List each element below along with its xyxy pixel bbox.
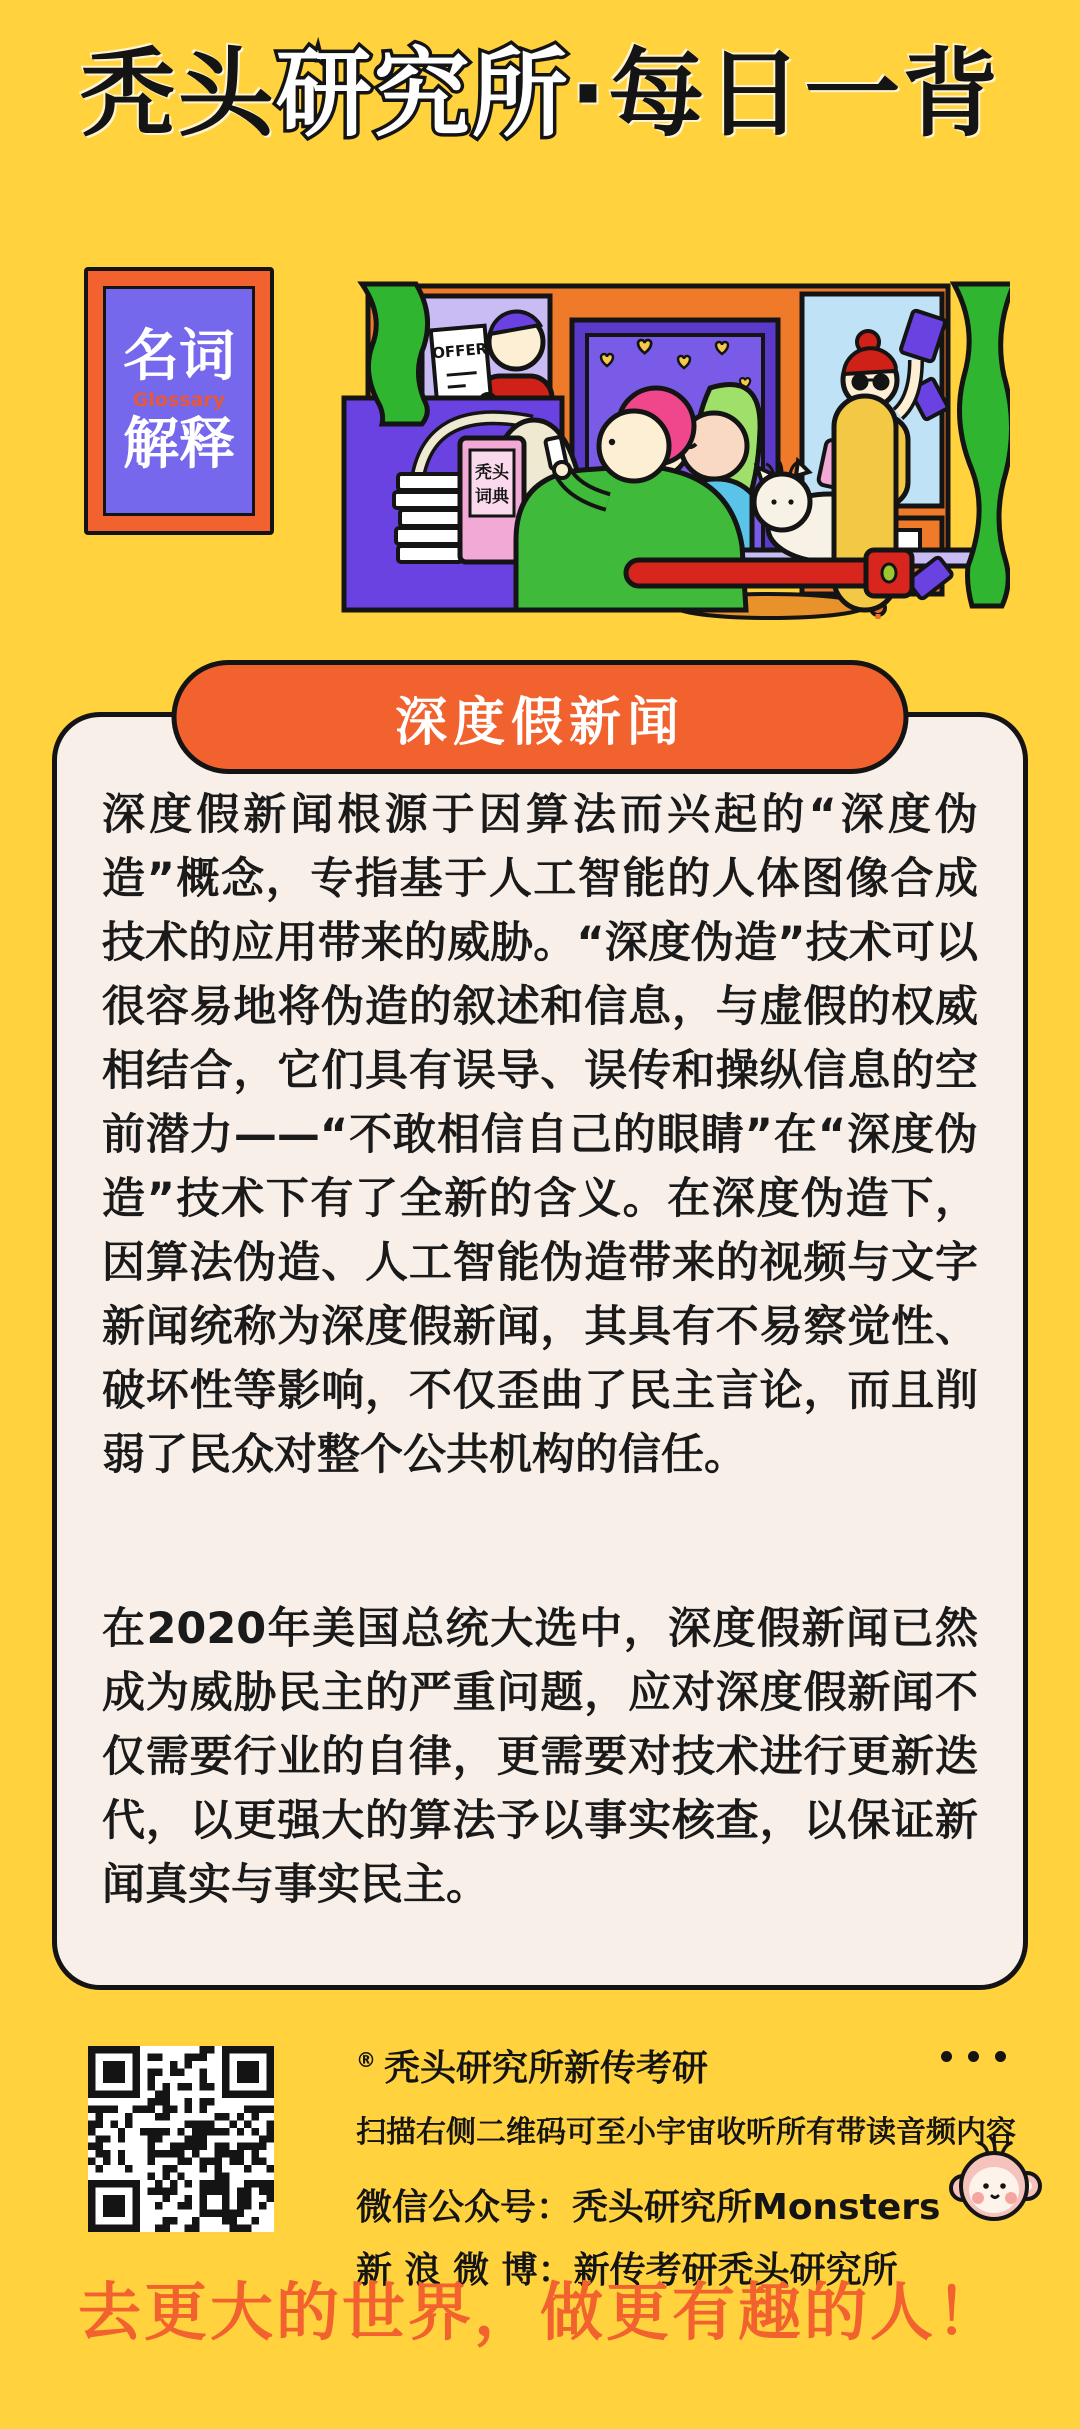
glossary-line1: 名词 xyxy=(123,326,235,389)
definition-paragraph-1: 深度假新闻根源于因算法而兴起的“深度伪造”概念，专指基于人工智能的人体图像合成技… xyxy=(102,783,978,1487)
title-separator: · xyxy=(570,38,608,150)
registered-mark: ® xyxy=(356,2048,376,2072)
dot-icon xyxy=(995,2051,1006,2062)
poster: 秃头研究所·每日一背 名词 Glossary 解释 OFFER xyxy=(0,0,1080,2429)
card-header-pill: 深度假新闻 xyxy=(172,660,909,774)
qr-code xyxy=(88,2046,274,2232)
book-stack xyxy=(394,474,462,562)
wechat-account-line: 微信公众号：秃头研究所Monsters xyxy=(356,2179,1036,2230)
glossary-line2: 解释 xyxy=(123,414,235,477)
belt xyxy=(626,560,892,586)
card-title: 深度假新闻 xyxy=(395,680,685,755)
book-label-line2: 词典 xyxy=(475,486,510,507)
ellipsis-dots xyxy=(941,2051,1006,2062)
glossary-subtitle: Glossary xyxy=(133,391,225,410)
brand-name: 秃头研究所新传考研 xyxy=(384,2048,708,2089)
glossary-sign: 名词 Glossary 解释 xyxy=(84,267,274,535)
slogan: 去更大的世界，做更有趣的人！ xyxy=(0,2262,1080,2353)
dot-icon xyxy=(941,2051,952,2062)
title-part-right: 每日一背 xyxy=(608,38,1000,150)
dot-icon xyxy=(968,2051,979,2062)
brand-line: ®秃头研究所新传考研 xyxy=(356,2040,1036,2091)
scan-instruction: 扫描右侧二维码可至小宇宙收听所有带读音频内容 xyxy=(356,2107,1036,2151)
book-label-line1: 秃头 xyxy=(475,462,510,483)
glossary-sign-panel: 名词 Glossary 解释 xyxy=(103,286,255,516)
title-part-left: 秃头 xyxy=(80,38,276,150)
footer-text-block: ®秃头研究所新传考研 扫描右侧二维码可至小宇宙收听所有带读音频内容 微信公众号：… xyxy=(356,2040,1036,2293)
page-title: 秃头研究所·每日一背 xyxy=(0,42,1080,148)
title-part-outline: 研究所 xyxy=(276,38,570,150)
monkey-mascot-icon xyxy=(948,2136,1042,2222)
definition-paragraph-2: 在2020年美国总统大选中，深度假新闻已然成为威胁民主的严重问题，应对深度假新闻… xyxy=(102,1597,978,1917)
definition-card: 深度假新闻 深度假新闻根源于因算法而兴起的“深度伪造”概念，专指基于人工智能的人… xyxy=(52,712,1028,1990)
illustration-scene: OFFER xyxy=(310,230,1010,620)
